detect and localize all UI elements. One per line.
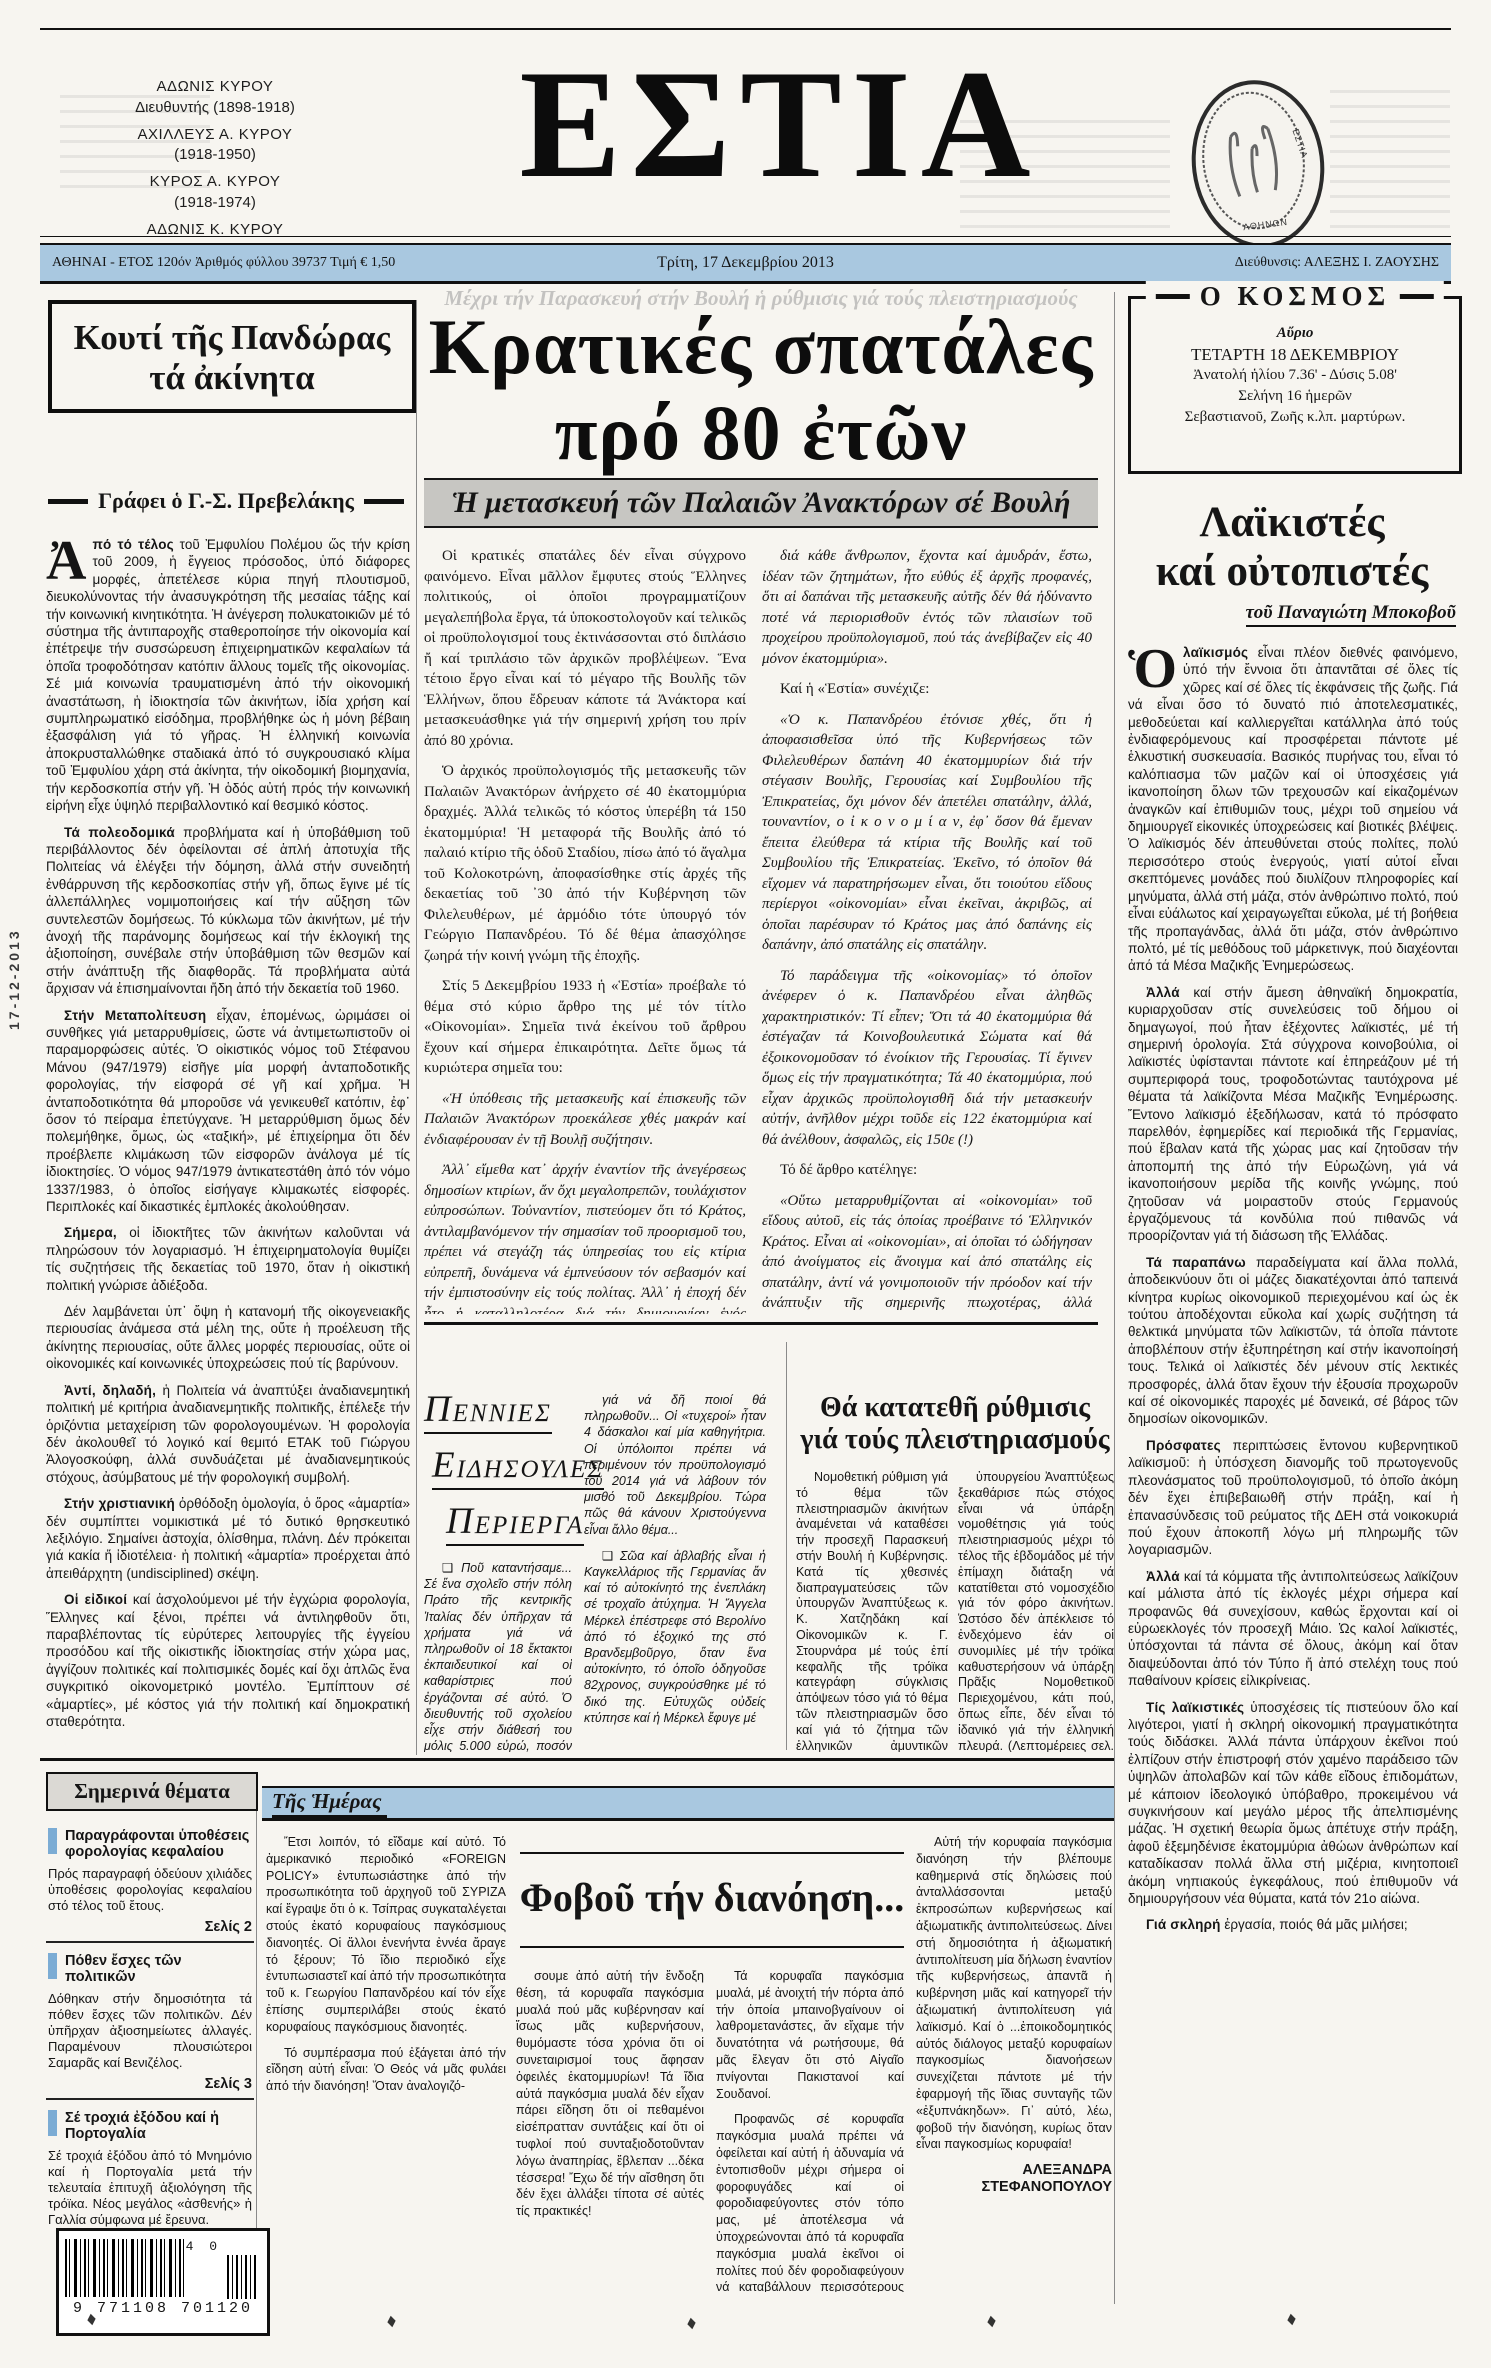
ruling-column-2: ὑπουργείου Ἀναπτύξεως ξεκαθάρισε πώς στό… xyxy=(958,1470,1114,1752)
printer-mark xyxy=(1287,2314,1295,2326)
ruling-headline-line1: Θά κατατεθῆ ρύθμισις xyxy=(796,1392,1114,1424)
topic-page-ref: Σελίς 2 xyxy=(48,1919,252,1935)
dateline-bar: ΑΘΗΝΑΙ - ΕΤΟΣ 120όν Ἀριθμός φύλλου 39737… xyxy=(40,243,1451,284)
divider xyxy=(786,1342,787,1750)
pennies-column-1: ❑ Ποῦ καταντήσαμε... Σέ ἕνα σχολεῖο στήν… xyxy=(424,1560,572,1752)
pennies-title-line1: ΠΕΝΝΙΕΣ xyxy=(424,1388,552,1434)
left-article-body: Ἀπό τό τέλος τοῦ Ἐμφυλίου Πολέμου ὥς τήν… xyxy=(46,536,410,1754)
right-article-byline: τοῦ Παναγιώτη Μποκοβοῦ xyxy=(1246,602,1456,627)
right-article-closing: Γιά σκληρή ἐργασία, ποιός θά μᾶς μιλήσει… xyxy=(1128,1916,1458,1933)
right-article-body: Ὁλαϊκισμός εἶναι πλέον διεθνές φαινόμενο… xyxy=(1128,644,1458,2266)
left-article-title-box: Κουτί τῆς Πανδώρας τά ἀκίνητα xyxy=(48,300,416,413)
kosmos-rule-right xyxy=(1400,294,1434,299)
right-article-paragraph-first: Ὁλαϊκισμός εἶναι πλέον διεθνές φαινόμενο… xyxy=(1128,644,1458,975)
topic-page-ref: Σελίς 3 xyxy=(48,2076,252,2092)
topic-text: Πρός παραγραφή ὁδεύουν χιλιάδες ὑποθέσει… xyxy=(48,1866,252,1914)
edge-date-stamp: 17-12-2013 xyxy=(6,928,22,1030)
bottom-band-rule xyxy=(40,1758,1114,1761)
topic-title: Πόθεν ἔσχες τῶν πολιτικῶν xyxy=(65,1953,252,1985)
section-rule xyxy=(424,1322,1098,1325)
right-article-byline-wrap: τοῦ Παναγιώτη Μποκοβοῦ xyxy=(1128,602,1456,624)
headline-rule-bottom xyxy=(520,1946,904,1948)
topic-text: Δόθηκαν στήν δημοσιότητα τά πόθεν ἔσχες … xyxy=(48,1991,252,2071)
today-topics-list: Παραγράφονται ὑποθέσεις φορολογίας κεφαλ… xyxy=(46,1818,254,2255)
dateline-issue-info: ΑΘΗΝΑΙ - ΕΤΟΣ 120όν Ἀριθμός φύλλου 39737… xyxy=(40,255,510,271)
divider xyxy=(256,1772,257,2302)
paragraph-text: εἶναι πλέον διεθνές φαινόμενο, ὑπό τήν ἔ… xyxy=(1128,645,1458,973)
topic-text: Σέ τροχιά ἐξόδου ἀπό τό Μνημόνιο καί ἡ Π… xyxy=(48,2148,252,2228)
dateline-top-rule xyxy=(40,236,1451,237)
newspaper-front-page: ΑΔΩΝΙΣ ΚΥΡΟΥΔιευθυντής (1898-1918)ΑΧΙΛΛΕ… xyxy=(0,0,1491,2368)
printer-mark xyxy=(687,2318,695,2330)
ruling-column-1: Νομοθετική ρύθμιση γιά τό θέμα τῶν πλεισ… xyxy=(796,1470,948,1752)
kosmos-box: Ο ΚΟΣΜΟΣ Αὔριο ΤΕΤΑΡΤΗ 18 ΔΕΚΕΜΒΡΙΟΥ Ἀνα… xyxy=(1128,296,1462,474)
of-the-day-byline: ΑΛΕΞΑΝΔΡΑ ΣΤΕΦΑΝΟΠΟΥΛΟΥ xyxy=(916,2162,1112,2196)
of-the-day-column-3: Τά κορυφαῖα παγκόσμια μυαλά, μέ ἀνοιχτή … xyxy=(716,1968,904,2292)
pennies-title-line3: ΠΕΡΙΕΡΓΑ xyxy=(446,1500,584,1546)
divider xyxy=(416,300,417,1755)
paragraph-lead: πό τό τέλος xyxy=(92,537,173,552)
kosmos-sun: Ἀνατολή ἡλίου 7.36' - Δύσις 5.08' xyxy=(1139,365,1451,386)
paragraph-lead: λαϊκισμός xyxy=(1183,645,1248,660)
bleedthrough-texture xyxy=(1330,90,1450,230)
topic-bullet-icon xyxy=(48,1828,57,1854)
today-topics-title: Σημερινά θέματα xyxy=(46,1772,258,1811)
ruling-headline-line2: γιά τούς πλειστηριασμούς xyxy=(796,1424,1114,1456)
paragraph-text: τοῦ Ἐμφυλίου Πολέμου ὥς τήν κρίση τοῦ 20… xyxy=(46,537,410,813)
main-headline-line1: Κρατικές σπατάλες xyxy=(424,304,1098,390)
headline-rule-top xyxy=(520,1852,904,1854)
kosmos-title: Ο ΚΟΣΜΟΣ xyxy=(1146,281,1444,312)
topic-bullet-icon xyxy=(48,2110,57,2136)
main-headline-line2: πρό 80 ἐτῶν xyxy=(424,390,1098,476)
kosmos-tomorrow: Αὔριο xyxy=(1139,323,1451,344)
main-article-column-1: Οἱ κρατικές σπατάλες δέν εἶναι σύγχρονο … xyxy=(424,546,746,1314)
byline-rule-right xyxy=(364,499,404,504)
barcode-supplement-bars xyxy=(227,2255,257,2299)
right-article-headline-line2: καί οὐτοπιστές xyxy=(1128,547,1456,596)
dateline-date: Τρίτη, 17 Δεκεμβρίου 2013 xyxy=(510,254,980,272)
topic-title: Παραγράφονται ὑποθέσεις φορολογίας κεφαλ… xyxy=(65,1828,252,1860)
closing-text: ἐργασία, ποιός θά μᾶς μιλήσει; xyxy=(1221,1917,1408,1932)
right-article-headline-line1: Λαϊκιστές xyxy=(1128,498,1456,547)
kosmos-info: Αὔριο ΤΕΤΑΡΤΗ 18 ΔΕΚΕΜΒΡΙΟΥ Ἀνατολή ἡλίο… xyxy=(1131,299,1459,434)
barcode-bars xyxy=(65,2239,185,2297)
of-the-day-column-2: σουμε ἀπό αὐτή τήν ἔνδοξη θέση, τά κορυφ… xyxy=(516,1968,704,2292)
printer-mark xyxy=(387,2316,395,2328)
pennies-column-2: γιά νά δῆ ποιοί θά πληρωθοῦν... Οἱ «τυχε… xyxy=(584,1392,766,1752)
of-the-day-column-4-paragraphs: Αὐτή τήν κορυφαία παγκόσμια διανόηση τήν… xyxy=(916,1834,1112,2153)
right-article-paragraphs: Ἀλλά καί στήν ἄμεση ἀθηναϊκή δημοκρατία,… xyxy=(1128,984,1458,1908)
seal-figures-illustration xyxy=(1187,78,1321,243)
of-the-day-column-4: Αὐτή τήν κορυφαία παγκόσμια διανόηση τήν… xyxy=(916,1834,1112,2264)
drop-cap: Ὁ xyxy=(1128,644,1183,692)
masthead-directors: ΑΔΩΝΙΣ ΚΥΡΟΥΔιευθυντής (1898-1918)ΑΧΙΛΛΕ… xyxy=(50,70,380,262)
closing-lead: Γιά σκληρή xyxy=(1146,1917,1221,1932)
left-article-paragraphs: Τά πολεοδομικά προβλήματα καί ἡ ὑποβάθμι… xyxy=(46,824,410,1731)
topic-title: Σέ τροχιά ἐξόδου καί ἡ Πορτογαλία xyxy=(65,2110,252,2142)
kosmos-title-text: Ο ΚΟΣΜΟΣ xyxy=(1200,281,1390,312)
left-article-byline-row: Γράφει ὁ Γ.-Σ. Πρεβελάκης xyxy=(48,488,404,514)
topic-item: Παραγράφονται ὑποθέσεις φορολογίας κεφαλ… xyxy=(46,1818,254,1943)
barcode-issue-number: 4 0 xyxy=(184,2239,223,2254)
main-subtitle-bar: Ἡ μετασκευή τῶν Παλαιῶν Ἀνακτόρων σέ Βου… xyxy=(424,478,1098,528)
of-the-day-label: Τῆς Ἡμέρας xyxy=(272,1789,387,1818)
right-article-headline: Λαϊκιστές καί οὐτοπιστές xyxy=(1128,498,1456,596)
of-the-day-column-1: Ἔτσι λοιπόν, τό εἴδαμε καί αὐτό. Τό ἀμερ… xyxy=(266,1834,506,2292)
newspaper-seal: ΑΘΗΝΩΝ ΕΣΤΙΑ xyxy=(1182,73,1333,256)
kosmos-rule-left xyxy=(1156,294,1190,299)
ruling-headline: Θά κατατεθῆ ρύθμισις γιά τούς πλειστηρια… xyxy=(796,1392,1114,1456)
barcode-digits: 9 771108 701120 xyxy=(65,2300,261,2317)
left-article-byline: Γράφει ὁ Γ.-Σ. Πρεβελάκης xyxy=(98,488,354,514)
drop-cap: Ἀ xyxy=(46,536,92,584)
left-article-title-line1: Κουτί τῆς Πανδώρας xyxy=(56,318,408,358)
of-the-day-bar: Τῆς Ἡμέρας xyxy=(262,1786,1114,1821)
pennies-title: ΠΕΝΝΙΕΣ ΕΙΔΗΣΟΥΛΕΣ ΠΕΡΙΕΡΓΑ xyxy=(424,1388,576,1556)
kosmos-saints: Σεβαστιανοῦ, Ζωῆς κ.λπ. μαρτύρων. xyxy=(1139,407,1451,428)
main-headline: Κρατικές σπατάλες πρό 80 ἐτῶν xyxy=(424,304,1098,476)
divider xyxy=(1114,292,1115,2304)
topic-bullet-icon xyxy=(48,1953,57,1979)
left-article-paragraph-first: Ἀπό τό τέλος τοῦ Ἐμφυλίου Πολέμου ὥς τήν… xyxy=(46,536,410,815)
kosmos-day: ΤΕΤΑΡΤΗ 18 ΔΕΚΕΜΒΡΙΟΥ xyxy=(1139,344,1451,365)
printer-mark xyxy=(987,2316,995,2328)
byline-rule-left xyxy=(48,499,88,504)
left-article-title-line2: τά ἀκίνητα xyxy=(56,358,408,398)
kosmos-moon: Σελήνη 16 ἡμερῶν xyxy=(1139,386,1451,407)
topic-item: Πόθεν ἔσχες τῶν πολιτικῶν Δόθηκαν στήν δ… xyxy=(46,1943,254,2100)
pennies-title-line2: ΕΙΔΗΣΟΥΛΕΣ xyxy=(432,1444,604,1490)
dateline-director: Διεύθυνσις: ΑΛΕΞΗΣ Ι. ΖΑΟΥΣΗΣ xyxy=(981,255,1451,271)
top-rule xyxy=(40,28,1451,30)
main-article-column-2: διά κάθε ἄνθρωπον, ἔχοντα καί ἀμυδράν, ἔ… xyxy=(762,546,1092,1314)
paper-title: ΕΣΤΙΑ xyxy=(395,46,1165,201)
fear-headline: Φοβοῦ τήν διανόηση... xyxy=(516,1876,908,1920)
